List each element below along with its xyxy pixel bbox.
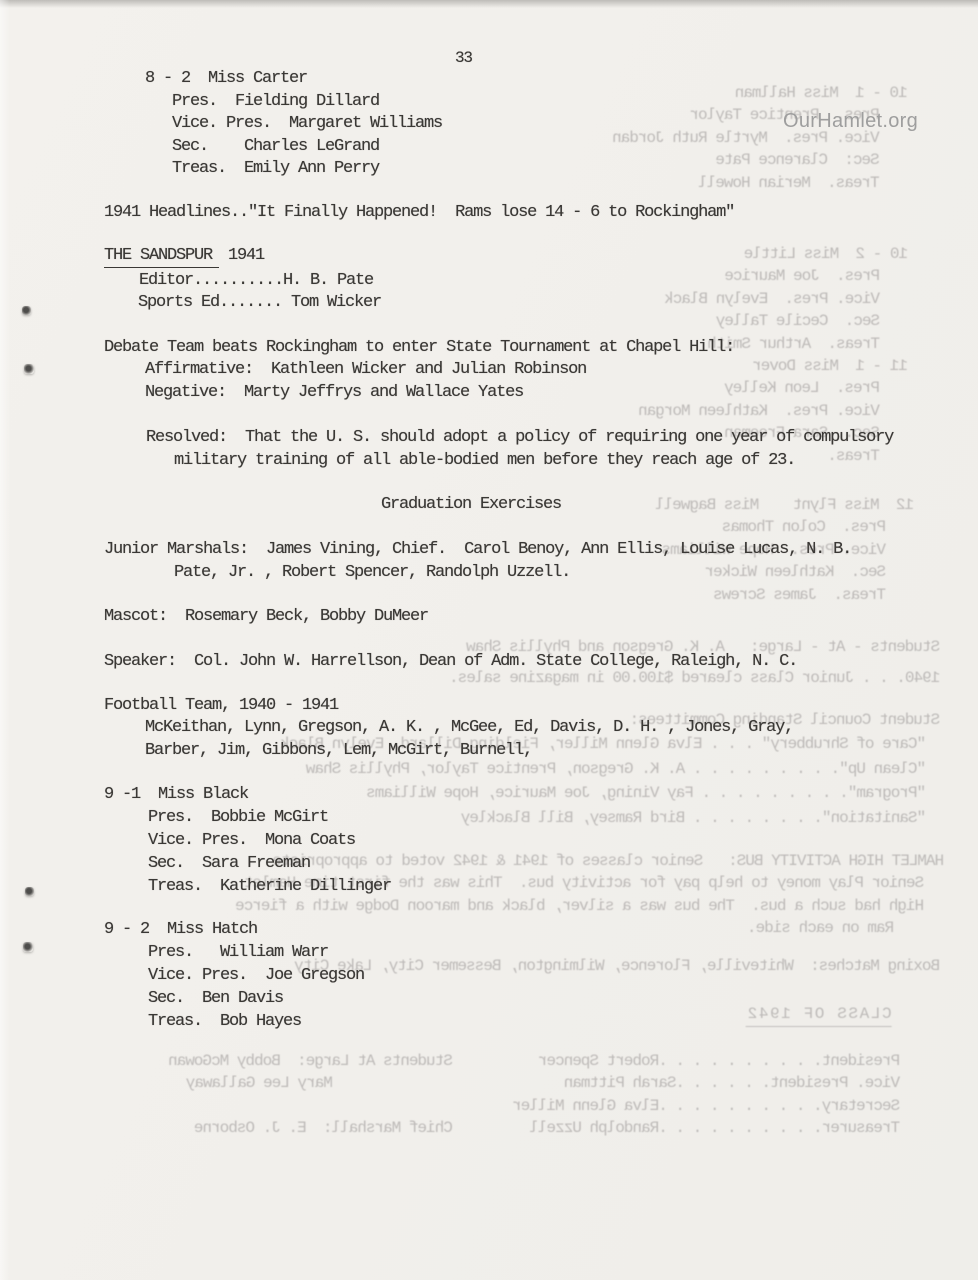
class-9-1-treasurer: Treas. Katherine Dillinger	[148, 877, 391, 897]
class-9-2-vice-president: Vice. Pres. Joe Gregson	[148, 966, 364, 986]
debate-affirmative: Affirmative: Kathleen Wicker and Julian …	[145, 360, 586, 380]
football-roster-line-2: Barber, Jim, Gibbons, Lem, McGirt, Burne…	[145, 741, 532, 761]
watermark: OurHamlet.org	[783, 110, 918, 133]
class-9-2-treasurer: Treas. Bob Hayes	[148, 1012, 301, 1032]
page-number: 33	[455, 48, 472, 68]
sandspur-sports-editor: Sports Ed....... Tom Wicker	[138, 293, 381, 313]
mascot-line: Mascot: Rosemary Beck, Bobby DuMeer	[104, 607, 428, 627]
class-8-2-president: Pres. Fielding Dillard	[172, 92, 379, 112]
class-9-1-vice-president: Vice. Pres. Mona Coats	[148, 831, 355, 851]
bleed-through-line: Treasurer. . . . . . . . . .Randolph Uzz…	[513, 1117, 900, 1139]
football-header: Football Team, 1940 - 1941	[104, 696, 338, 716]
class-8-2-secretary: Sec. Charles LeGrand	[172, 137, 379, 157]
bleed-through-line: President. . . . . . . . . .Robert Spenc…	[513, 1050, 900, 1072]
bleed-through-line: "Program". . . . . . . . . Fay Vining, J…	[281, 781, 940, 805]
bleed-through-line: Mary Lee Gallaway	[169, 1072, 453, 1094]
bleed-through-line: Sec: Clarence Pate	[613, 149, 908, 171]
debate-intro: Debate Team beats Rockingham to enter St…	[104, 338, 734, 358]
bleed-through-line: HAMLET HIGH ACTIVITY BUS: Senior classes…	[236, 850, 944, 872]
class-8-2-treasurer: Treas. Emily Ann Perry	[172, 159, 379, 179]
bleed-through-line: 12 Miss Flynt Miss Bagwell	[656, 494, 914, 516]
scan-top-edge-shadow	[0, 0, 978, 8]
bleed-class-of-1942-students: Students At Large: Bobby McGowanMary Lee…	[169, 1050, 453, 1140]
bleed-through-line	[169, 1095, 453, 1117]
bleed-through-line: Pres. Joe Maurice	[665, 265, 908, 287]
class-9-2-secretary: Sec. Ben Davis	[148, 989, 283, 1009]
class-9-1-president: Pres. Bobbie McGirt	[148, 808, 328, 828]
bleed-through-line: Sec. Kathleen Wicker	[656, 561, 914, 583]
class-8-2-header: 8 - 2 Miss Carter	[145, 69, 307, 89]
bleed-through-line: 10 - 1 Miss Hallman	[613, 82, 908, 104]
bleed-boxing-matches: Boxing Matches: Whiteville, Florence, Wi…	[295, 955, 940, 977]
bleed-through-line: Chief Marshall: E. J. Osborne	[169, 1117, 453, 1139]
bleed-through-line: Pres. Colon Thomas	[656, 516, 914, 538]
bleed-through-line: Treas. James Screws	[656, 584, 914, 606]
punch-mark	[24, 364, 34, 374]
headline-1941: 1941 Headlines.."It Finally Happened! Ra…	[104, 203, 734, 223]
bleed-through-line: 10 - 2 Miss Little	[665, 243, 908, 265]
class-9-2-president: Pres. William Warr	[148, 943, 328, 963]
sandspur-heading: THE SANDSPUR 1941	[104, 246, 264, 268]
bleed-class-of-1942-heading: CLASS OF 1942	[746, 1003, 892, 1027]
bleed-through-line: Pres. Leon Kelley	[639, 377, 908, 399]
sandspur-title: THE SANDSPUR	[104, 246, 219, 268]
bleed-through-line: Ram on each side.	[236, 917, 944, 939]
bleed-through-line: 11 - 1 Miss Dover	[639, 355, 908, 377]
bleed-through-line: "Sanitation". . . . . . . . Bird Ramsey,…	[281, 806, 940, 830]
bleed-class-of-1942-officers: President. . . . . . . . . .Robert Spenc…	[513, 1050, 900, 1140]
class-9-2-header: 9 - 2 Miss Hatch	[104, 920, 257, 940]
debate-resolved-line-2: military training of all able-bodied men…	[174, 451, 795, 471]
punch-mark	[22, 306, 31, 315]
debate-resolved-line-1: Resolved: That the U. S. should adopt a …	[146, 428, 893, 448]
junior-marshals-line-1: Junior Marshals: James Vining, Chief. Ca…	[104, 540, 851, 560]
bleed-through-line: High had such a bus. The bus was a silve…	[236, 895, 944, 917]
bleed-through-line: Students At Large: Bobby McGowan	[169, 1050, 453, 1072]
scan-left-edge-highlight	[0, 0, 10, 1280]
class-9-1-header: 9 -1 Miss Black	[104, 785, 248, 805]
graduation-heading: Graduation Exercises	[381, 495, 561, 515]
class-8-2-vice-president: Vice. Pres. Margaret Williams	[172, 114, 442, 134]
class-9-1-secretary: Sec. Sara Freeman	[148, 854, 310, 874]
bleed-through-line: Secretary. . . . . . . . . .Elva Glenn M…	[513, 1095, 900, 1117]
bleed-through-line: Sec. Cecile Talley	[665, 310, 908, 332]
sandspur-year: 1941	[219, 246, 264, 265]
debate-negative: Negative: Marty Jeffrys and Wallace Yate…	[145, 383, 523, 403]
bleed-through-line: Boxing Matches: Whiteville, Florence, Wi…	[295, 955, 940, 977]
scanned-document-page: 10 - 1 Miss HallmanPres. Prentice Taylor…	[0, 0, 978, 1280]
bleed-through-line: Vice. President. . . . . .Sarah Pittman	[513, 1072, 900, 1094]
bleed-through-line: Treas. Merian Howell	[613, 172, 908, 194]
speaker-line: Speaker: Col. John W. Harrellson, Dean o…	[104, 652, 797, 672]
bleed-through-line: Vice. Pres. Evelyn Black	[665, 288, 908, 310]
bleed-through-line: Vice. Pres. Kathleen Morgan	[639, 400, 908, 422]
bleed-class-10-1-block: 10 - 1 Miss HallmanPres. Prentice Taylor…	[613, 82, 908, 194]
football-roster-line-1: McKeithan, Lynn, Gregson, A. K. , McGee,…	[145, 718, 793, 738]
junior-marshals-line-2: Pate, Jr. , Robert Spencer, Randolph Uzz…	[174, 563, 570, 583]
sandspur-editor: Editor..........H. B. Pate	[139, 271, 373, 291]
bleed-through-line: CLASS OF 1942	[746, 1003, 892, 1027]
punch-mark	[23, 942, 33, 952]
punch-mark	[25, 887, 34, 896]
